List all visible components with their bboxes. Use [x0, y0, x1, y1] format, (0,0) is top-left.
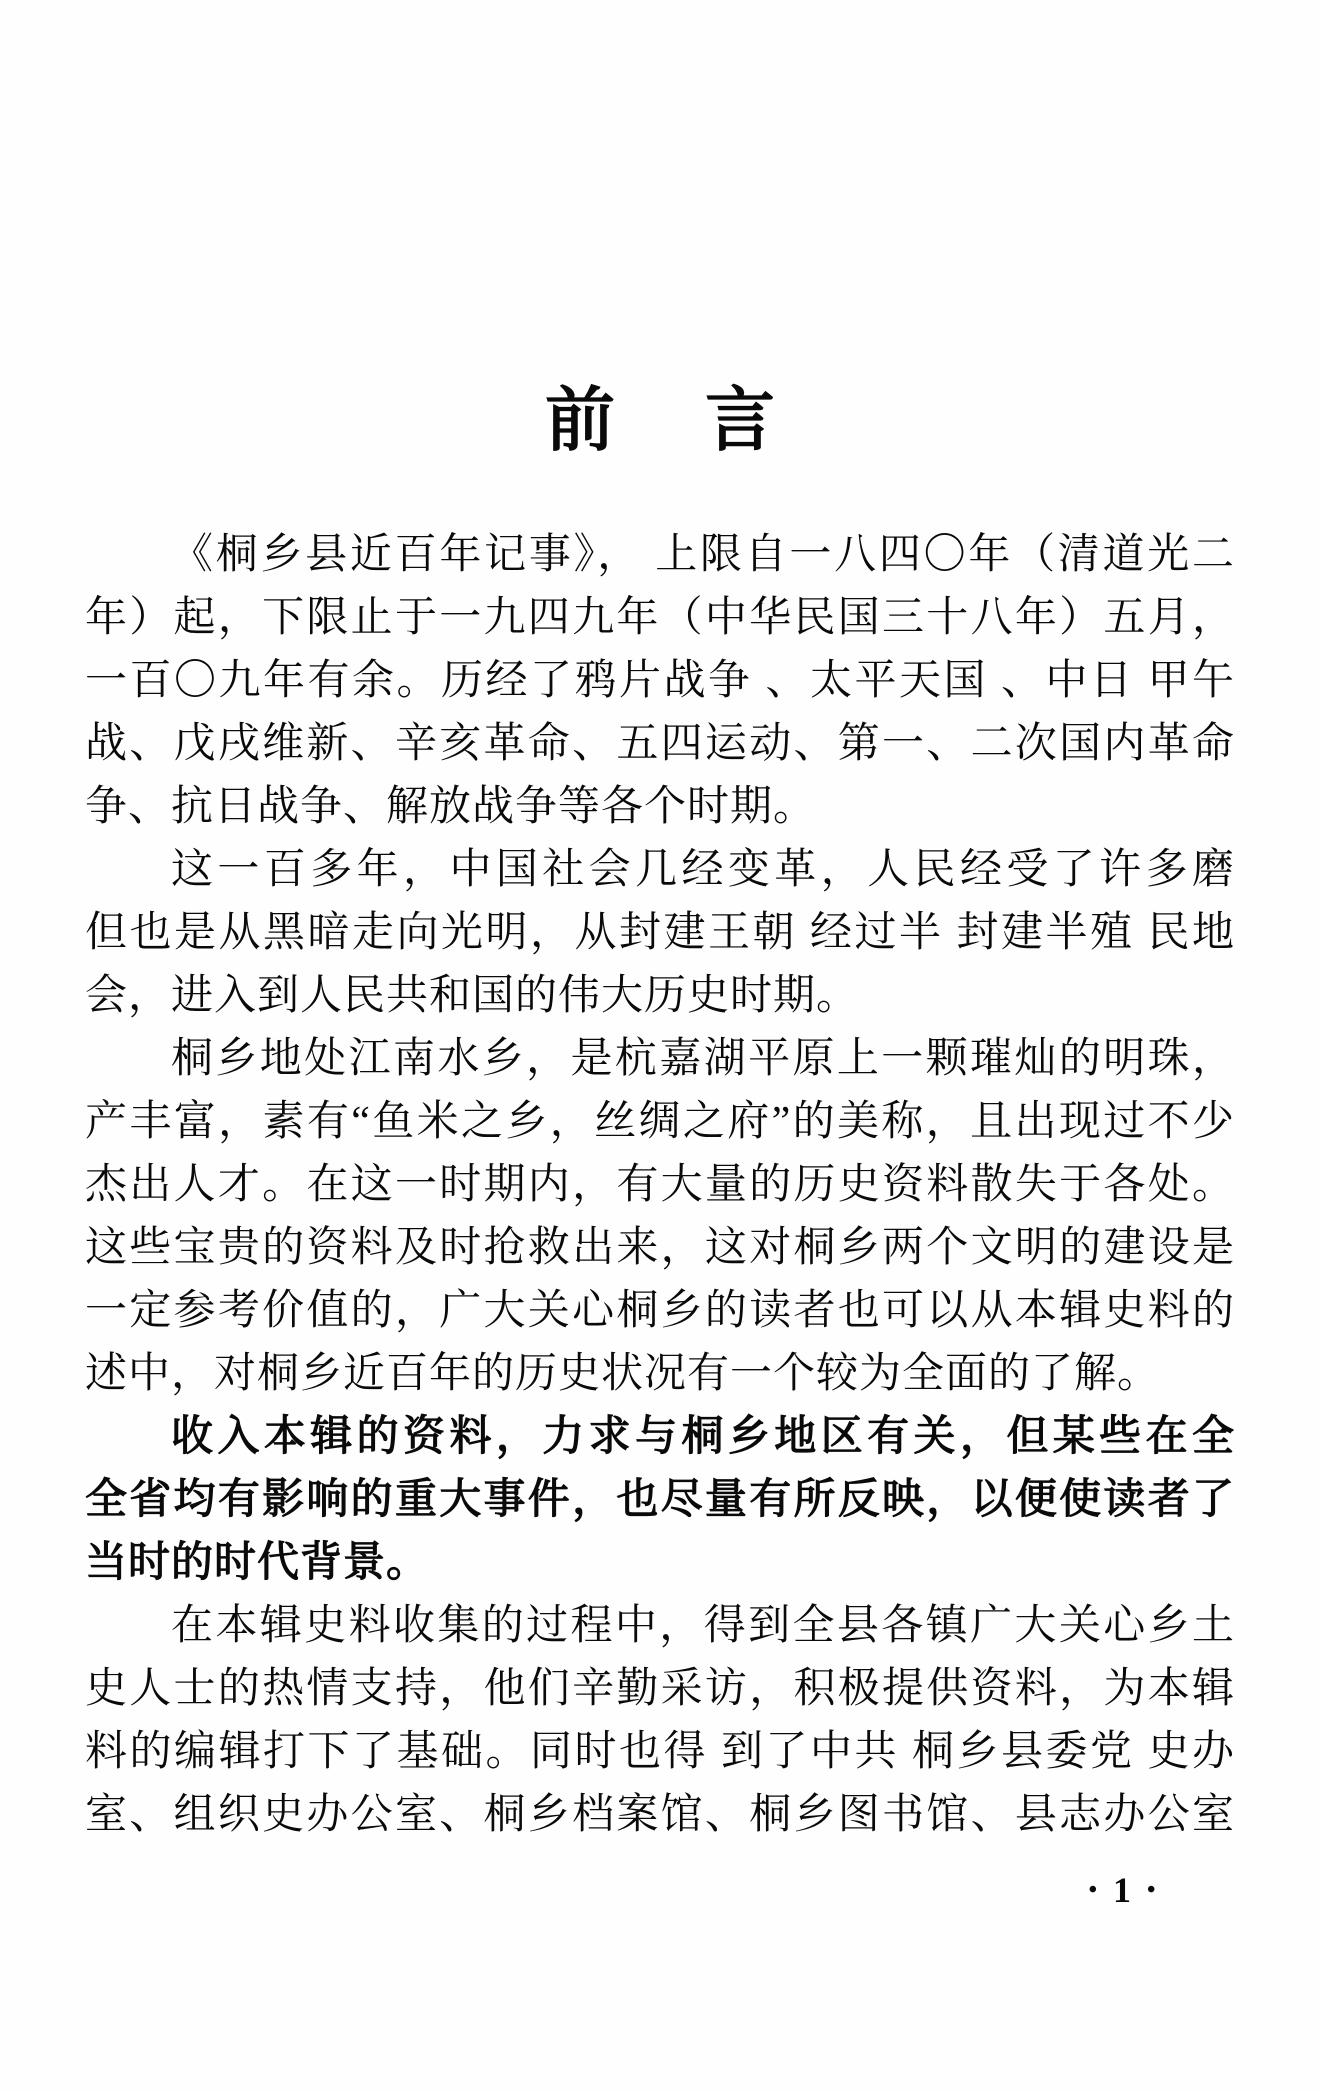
text-line: 产丰富，素有“鱼米之乡，丝绸之府”的美称，且出现过不少: [85, 1091, 1235, 1154]
page-number-right-dot: •: [1147, 1878, 1155, 1902]
text-line: 料的编辑打下了基础。同时也得 到了中共 桐乡县委党 史办公: [85, 1721, 1235, 1784]
text-line: 桐乡地处江南水乡，是杭嘉湖平原上一颗璀灿的明珠，物: [85, 1028, 1235, 1091]
page-number-value: 1: [1113, 1872, 1131, 1908]
text-line: 年）起，下限止于一九四九年（中华民国三十八年）五月，共: [85, 587, 1235, 650]
paragraph-5: 在本辑史料收集的过程中，得到全县各镇广大关心乡土历史人士的热情支持，他们辛勤采访…: [85, 1595, 1235, 1847]
text-line: 战、戊戌维新、辛亥革命、五四运动、第一、二次国内革命战: [85, 713, 1235, 776]
paragraph-3: 桐乡地处江南水乡，是杭嘉湖平原上一颗璀灿的明珠，物产丰富，素有“鱼米之乡，丝绸之…: [85, 1028, 1235, 1406]
text-line: 这一百多年，中国社会几经变革，人民经受了许多磨难，: [85, 839, 1235, 902]
text-line: 室、组织史办公室、桐乡档案馆、桐乡图书馆、县志办公室等: [85, 1784, 1235, 1847]
page-title: 前 言: [0, 383, 1320, 460]
paragraph-1: 《桐乡县近百年记事》， 上限自一八四〇年（清道光二十年）起，下限止于一九四九年（…: [85, 524, 1235, 839]
text-line: 在本辑史料收集的过程中，得到全县各镇广大关心乡土历: [85, 1595, 1235, 1658]
text-line: 争、抗日战争、解放战争等各个时期。: [85, 776, 1235, 839]
text-line: 《桐乡县近百年记事》， 上限自一八四〇年（清道光二十: [85, 524, 1235, 587]
title-char-left: 前: [545, 383, 615, 460]
text-line: 会，进入到人民共和国的伟大历史时期。: [85, 965, 1235, 1028]
book-page: 前 言 《桐乡县近百年记事》， 上限自一八四〇年（清道光二十年）起，下限止于一九…: [0, 0, 1320, 2092]
paragraph-2: 这一百多年，中国社会几经变革，人民经受了许多磨难，但也是从黑暗走向光明，从封建王…: [85, 839, 1235, 1028]
text-line: 一百〇九年有余。历经了鸦片战争 、太平天国 、中日 甲午之: [85, 650, 1235, 713]
text-line: 述中，对桐乡近百年的历史状况有一个较为全面的了解。: [85, 1343, 1235, 1406]
text-line: 收入本辑的资料，力求与桐乡地区有关，但某些在全国、: [85, 1406, 1235, 1469]
text-line: 但也是从黑暗走向光明，从封建王朝 经过半 封建半殖 民地社: [85, 902, 1235, 965]
text-line: 一定参考价值的，广大关心桐乡的读者也可以从本辑史料的记: [85, 1280, 1235, 1343]
page-number: • 1 •: [1062, 1872, 1182, 1908]
text-line: 全省均有影响的重大事件，也尽量有所反映，以便使读者了解: [85, 1469, 1235, 1532]
text-line: 当时的时代背景。: [85, 1532, 1235, 1595]
page-number-left-dot: •: [1089, 1878, 1097, 1902]
text-line: 史人士的热情支持，他们辛勤采访，积极提供资料，为本辑史: [85, 1658, 1235, 1721]
text-line: 这些宝贵的资料及时抢救出来，这对桐乡两个文明的建设是有: [85, 1217, 1235, 1280]
preface-body: 《桐乡县近百年记事》， 上限自一八四〇年（清道光二十年）起，下限止于一九四九年（…: [85, 524, 1235, 1847]
paragraph-4: 收入本辑的资料，力求与桐乡地区有关，但某些在全国、全省均有影响的重大事件，也尽量…: [85, 1406, 1235, 1595]
title-char-right: 言: [705, 383, 775, 460]
text-line: 杰出人才。在这一时期内，有大量的历史资料散失于各处。将: [85, 1154, 1235, 1217]
